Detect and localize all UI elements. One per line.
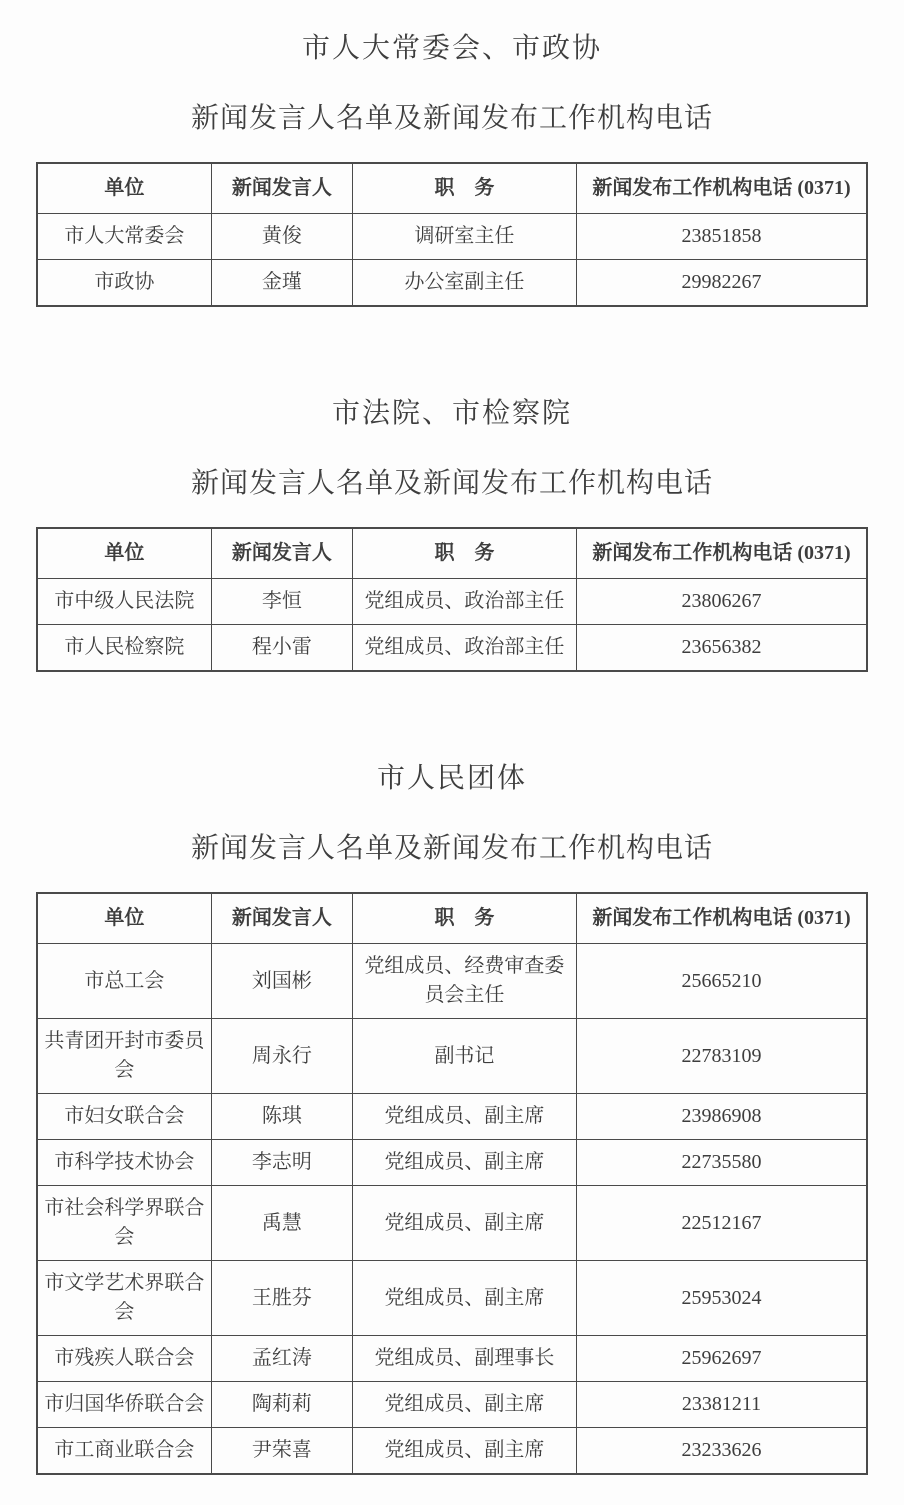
spokesperson-cell: 程小雷 (211, 625, 352, 672)
unit-cell: 市科学技术协会 (37, 1140, 211, 1186)
spokesperson-cell: 禹慧 (211, 1186, 352, 1261)
phone-cell: 22735580 (576, 1140, 867, 1186)
table-row: 市政协金瑾办公室副主任29982267 (37, 260, 867, 307)
section-title: 市人大常委会、市政协 (0, 26, 904, 66)
position-cell: 党组成员、经费审查委员会主任 (352, 944, 576, 1019)
column-header: 单位 (37, 893, 211, 944)
phone-cell: 23851858 (576, 214, 867, 260)
position-cell: 调研室主任 (352, 214, 576, 260)
column-header: 新闻发言人 (211, 528, 352, 579)
document-page: 市人大常委会、市政协 新闻发言人名单及新闻发布工作机构电话 单位新闻发言人职 务… (0, 0, 904, 1475)
spokesperson-cell: 金瑾 (211, 260, 352, 307)
column-header: 新闻发言人 (211, 163, 352, 214)
position-cell: 党组成员、政治部主任 (352, 625, 576, 672)
spokesperson-cell: 陶莉莉 (211, 1382, 352, 1428)
position-cell: 党组成员、副主席 (352, 1140, 576, 1186)
section-npc-cppcc: 市人大常委会、市政协 新闻发言人名单及新闻发布工作机构电话 单位新闻发言人职 务… (0, 26, 904, 307)
section-title: 市人民团体 (0, 756, 904, 796)
column-header: 新闻发布工作机构电话 (0371) (576, 528, 867, 579)
unit-cell: 市中级人民法院 (37, 579, 211, 625)
unit-cell: 市人大常委会 (37, 214, 211, 260)
spokesperson-table-peoples-organizations: 单位新闻发言人职 务新闻发布工作机构电话 (0371)市总工会刘国彬党组成员、经… (36, 892, 868, 1475)
spokesperson-table-court-procuratorate: 单位新闻发言人职 务新闻发布工作机构电话 (0371)市中级人民法院李恒党组成员… (36, 527, 868, 672)
table-row: 市人民检察院程小雷党组成员、政治部主任23656382 (37, 625, 867, 672)
spokesperson-cell: 黄俊 (211, 214, 352, 260)
position-cell: 党组成员、副主席 (352, 1186, 576, 1261)
unit-cell: 市总工会 (37, 944, 211, 1019)
phone-cell: 23656382 (576, 625, 867, 672)
position-cell: 党组成员、政治部主任 (352, 579, 576, 625)
position-cell: 副书记 (352, 1019, 576, 1094)
column-header: 职 务 (352, 163, 576, 214)
spokesperson-table-npc-cppcc: 单位新闻发言人职 务新闻发布工作机构电话 (0371)市人大常委会黄俊调研室主任… (36, 162, 868, 307)
phone-cell: 29982267 (576, 260, 867, 307)
position-cell: 党组成员、副主席 (352, 1261, 576, 1336)
phone-cell: 23381211 (576, 1382, 867, 1428)
table-row: 市中级人民法院李恒党组成员、政治部主任23806267 (37, 579, 867, 625)
spokesperson-cell: 王胜芬 (211, 1261, 352, 1336)
section-subtitle: 新闻发言人名单及新闻发布工作机构电话 (0, 461, 904, 501)
unit-cell: 市文学艺术界联合会 (37, 1261, 211, 1336)
position-cell: 办公室副主任 (352, 260, 576, 307)
section-title: 市法院、市检察院 (0, 391, 904, 431)
unit-cell: 市工商业联合会 (37, 1428, 211, 1475)
table-row: 市工商业联合会尹荣喜党组成员、副主席23233626 (37, 1428, 867, 1475)
position-cell: 党组成员、副主席 (352, 1094, 576, 1140)
spokesperson-cell: 周永行 (211, 1019, 352, 1094)
table-row: 市归国华侨联合会陶莉莉党组成员、副主席23381211 (37, 1382, 867, 1428)
phone-cell: 22512167 (576, 1186, 867, 1261)
phone-cell: 23233626 (576, 1428, 867, 1475)
spokesperson-cell: 孟红涛 (211, 1336, 352, 1382)
table-row: 市社会科学界联合会禹慧党组成员、副主席22512167 (37, 1186, 867, 1261)
column-header: 单位 (37, 163, 211, 214)
spokesperson-cell: 李恒 (211, 579, 352, 625)
section-peoples-organizations: 市人民团体 新闻发言人名单及新闻发布工作机构电话 单位新闻发言人职 务新闻发布工… (0, 756, 904, 1475)
phone-cell: 25665210 (576, 944, 867, 1019)
unit-cell: 市残疾人联合会 (37, 1336, 211, 1382)
section-subtitle: 新闻发言人名单及新闻发布工作机构电话 (0, 826, 904, 866)
table-header-row: 单位新闻发言人职 务新闻发布工作机构电话 (0371) (37, 163, 867, 214)
table-row: 市妇女联合会陈琪党组成员、副主席23986908 (37, 1094, 867, 1140)
unit-cell: 市政协 (37, 260, 211, 307)
position-cell: 党组成员、副理事长 (352, 1336, 576, 1382)
column-header: 职 务 (352, 528, 576, 579)
table-row: 市科学技术协会李志明党组成员、副主席22735580 (37, 1140, 867, 1186)
unit-cell: 市妇女联合会 (37, 1094, 211, 1140)
spokesperson-cell: 李志明 (211, 1140, 352, 1186)
column-header: 职 务 (352, 893, 576, 944)
section-subtitle: 新闻发言人名单及新闻发布工作机构电话 (0, 96, 904, 136)
position-cell: 党组成员、副主席 (352, 1382, 576, 1428)
column-header: 单位 (37, 528, 211, 579)
unit-cell: 市归国华侨联合会 (37, 1382, 211, 1428)
unit-cell: 市人民检察院 (37, 625, 211, 672)
phone-cell: 25953024 (576, 1261, 867, 1336)
table-row: 市人大常委会黄俊调研室主任23851858 (37, 214, 867, 260)
column-header: 新闻发布工作机构电话 (0371) (576, 163, 867, 214)
table-row: 市总工会刘国彬党组成员、经费审查委员会主任25665210 (37, 944, 867, 1019)
phone-cell: 25962697 (576, 1336, 867, 1382)
phone-cell: 22783109 (576, 1019, 867, 1094)
section-court-procuratorate: 市法院、市检察院 新闻发言人名单及新闻发布工作机构电话 单位新闻发言人职 务新闻… (0, 391, 904, 672)
unit-cell: 共青团开封市委员会 (37, 1019, 211, 1094)
phone-cell: 23806267 (576, 579, 867, 625)
unit-cell: 市社会科学界联合会 (37, 1186, 211, 1261)
table-header-row: 单位新闻发言人职 务新闻发布工作机构电话 (0371) (37, 528, 867, 579)
spokesperson-cell: 陈琪 (211, 1094, 352, 1140)
column-header: 新闻发布工作机构电话 (0371) (576, 893, 867, 944)
column-header: 新闻发言人 (211, 893, 352, 944)
spokesperson-cell: 刘国彬 (211, 944, 352, 1019)
table-row: 共青团开封市委员会周永行副书记22783109 (37, 1019, 867, 1094)
spokesperson-cell: 尹荣喜 (211, 1428, 352, 1475)
phone-cell: 23986908 (576, 1094, 867, 1140)
position-cell: 党组成员、副主席 (352, 1428, 576, 1475)
table-row: 市文学艺术界联合会王胜芬党组成员、副主席25953024 (37, 1261, 867, 1336)
table-row: 市残疾人联合会孟红涛党组成员、副理事长25962697 (37, 1336, 867, 1382)
table-header-row: 单位新闻发言人职 务新闻发布工作机构电话 (0371) (37, 893, 867, 944)
